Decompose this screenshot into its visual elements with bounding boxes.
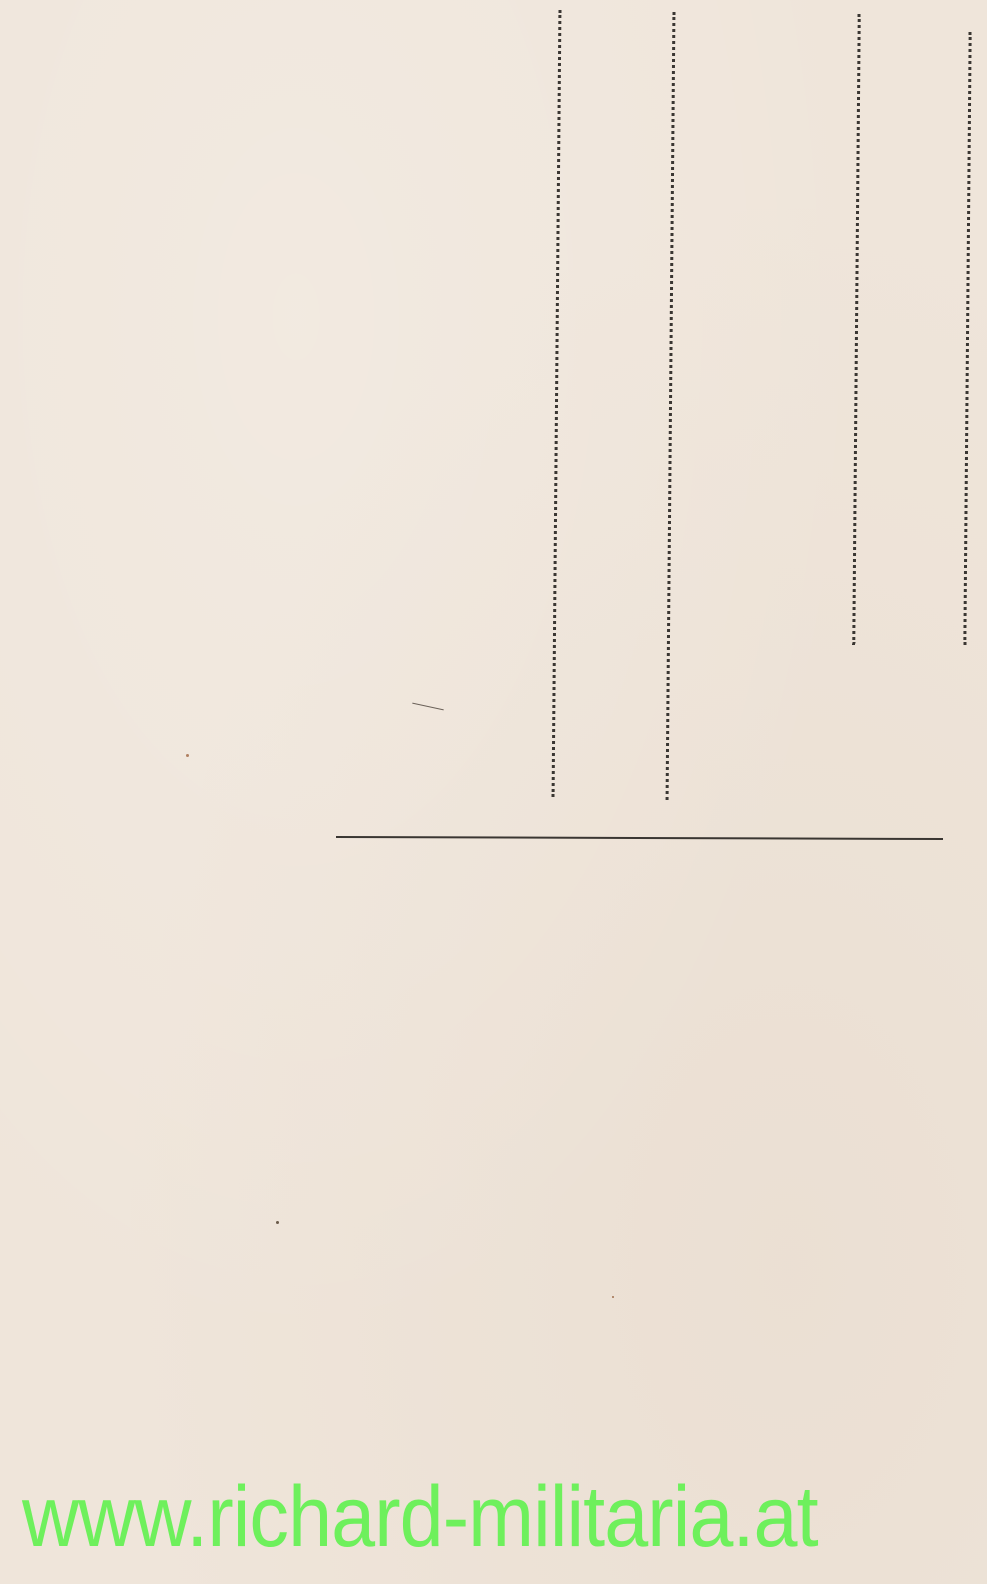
address-line-2	[666, 12, 676, 800]
paper-speck	[186, 754, 189, 757]
divider-line	[336, 836, 943, 840]
paper-speck	[612, 1296, 614, 1298]
postcard-back: www.richard-militaria.at	[0, 0, 987, 1584]
paper-speck	[276, 1221, 279, 1224]
address-line-1	[552, 10, 562, 797]
address-line-4	[963, 32, 971, 645]
paper-scratch	[412, 703, 444, 711]
address-line-3	[852, 14, 861, 645]
watermark-text: www.richard-militaria.at	[22, 1474, 818, 1560]
